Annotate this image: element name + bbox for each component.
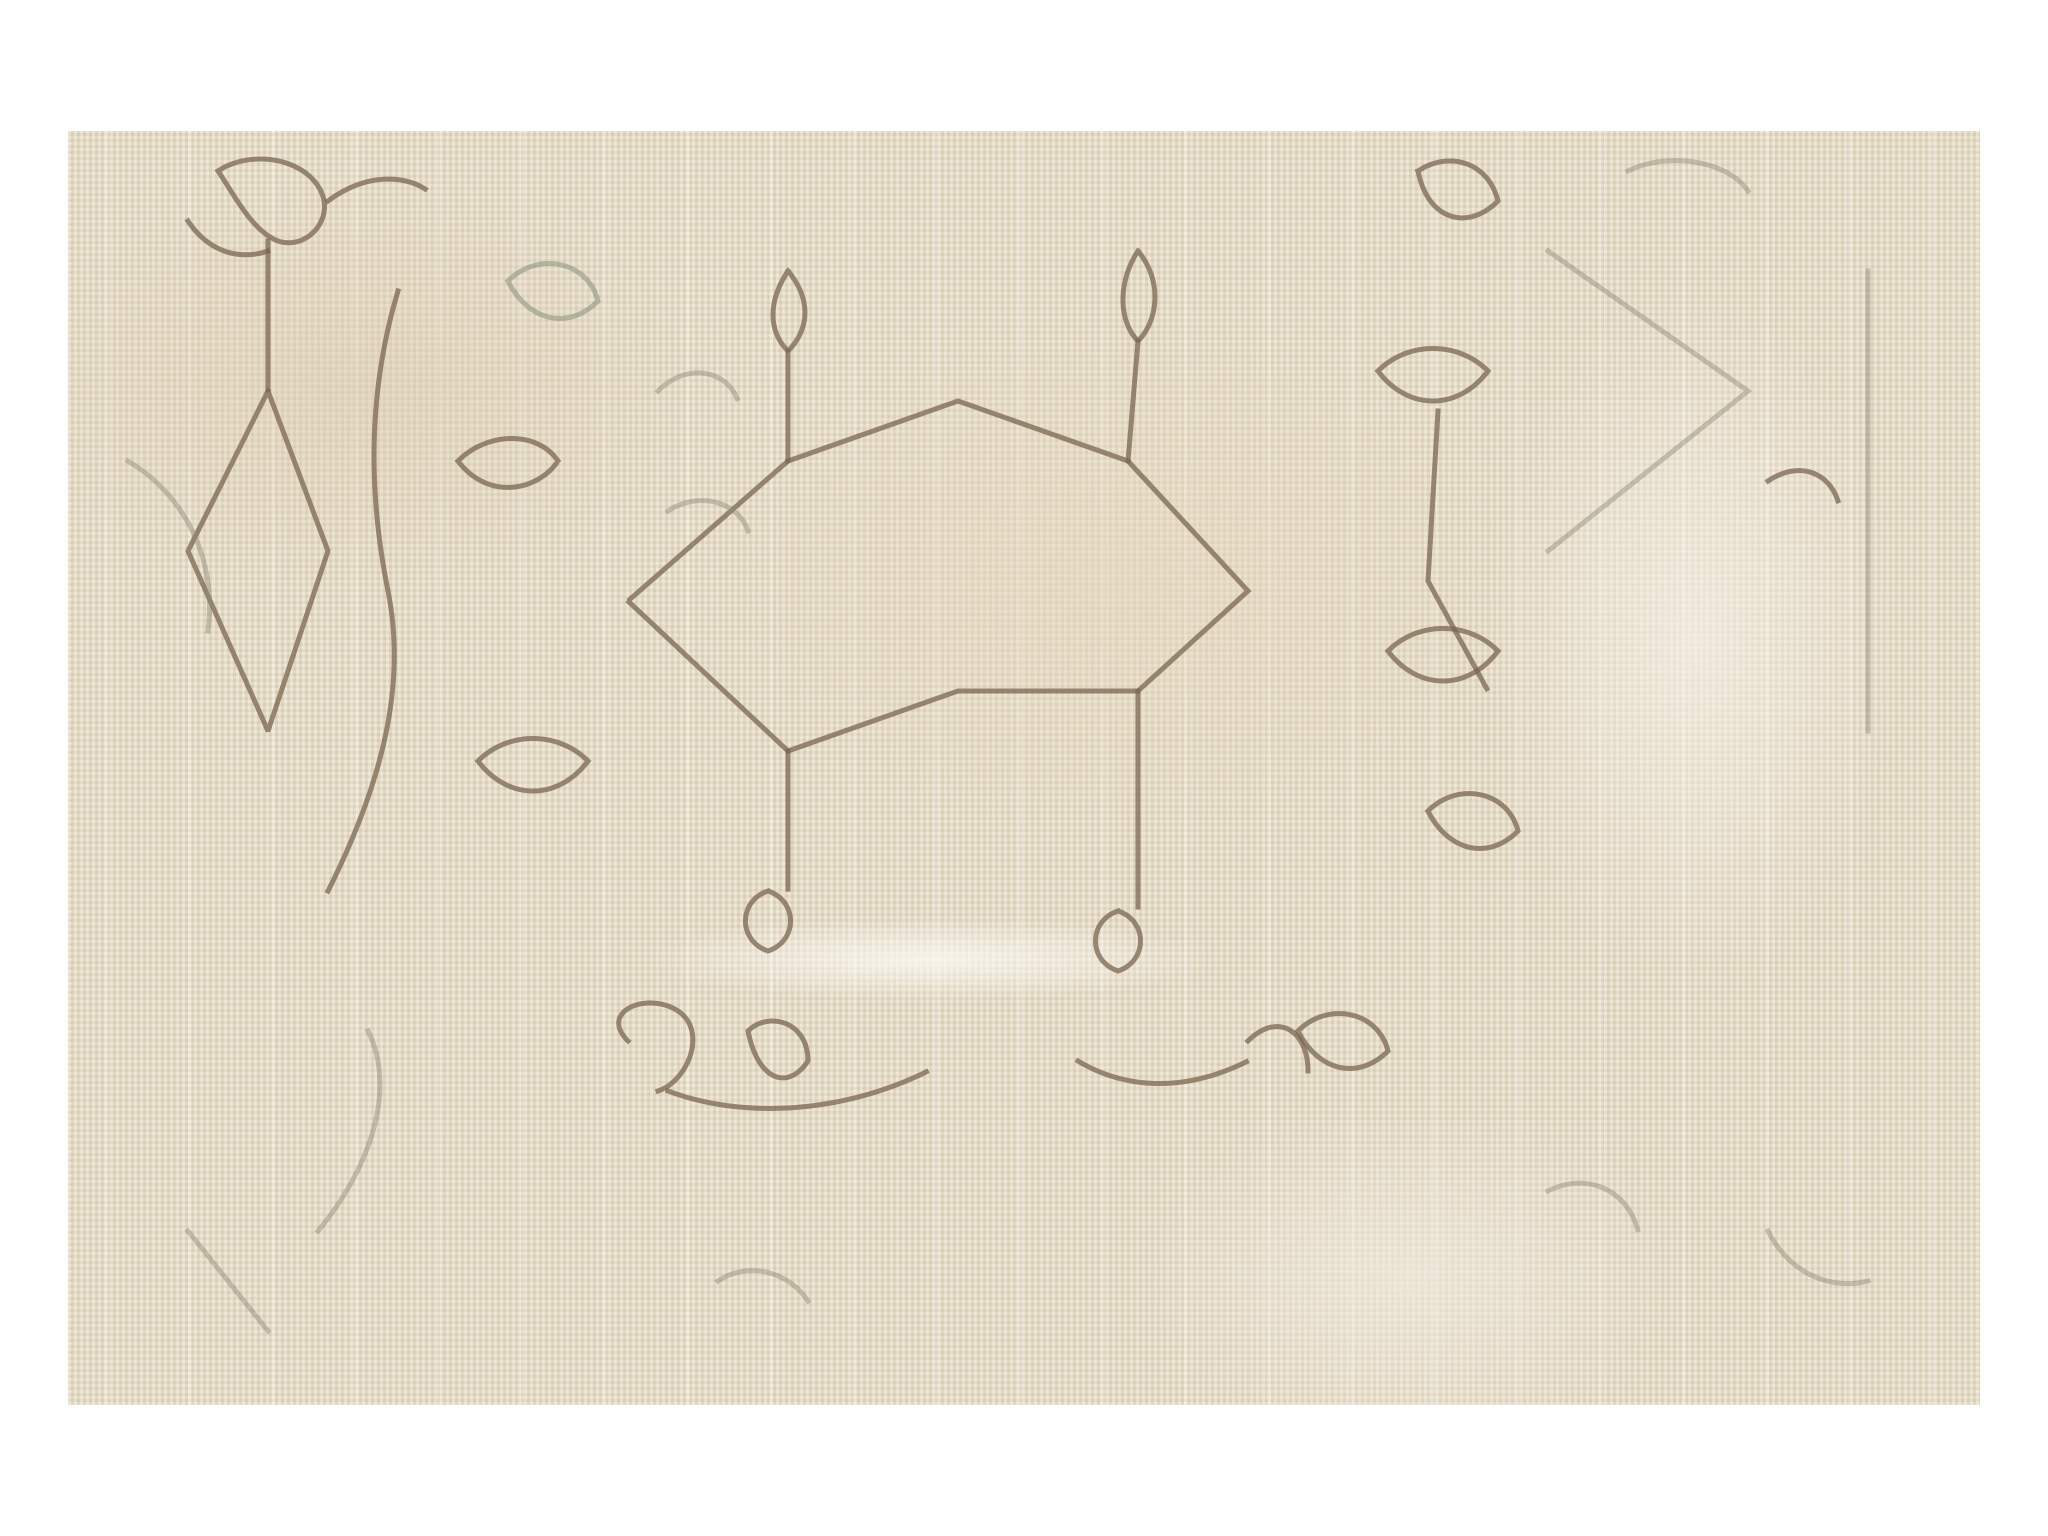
floral-motif-right (1378, 161, 1868, 849)
bud-sage (508, 264, 598, 319)
bud-1 (458, 439, 558, 488)
rug-photo (68, 131, 1980, 1405)
bud-2 (478, 739, 588, 792)
rug-pattern (68, 131, 1980, 1405)
bottom-scrolls (188, 1003, 1868, 1331)
vine-far-left (128, 461, 210, 631)
center-lattice (628, 251, 1248, 971)
vine-left (328, 291, 398, 891)
